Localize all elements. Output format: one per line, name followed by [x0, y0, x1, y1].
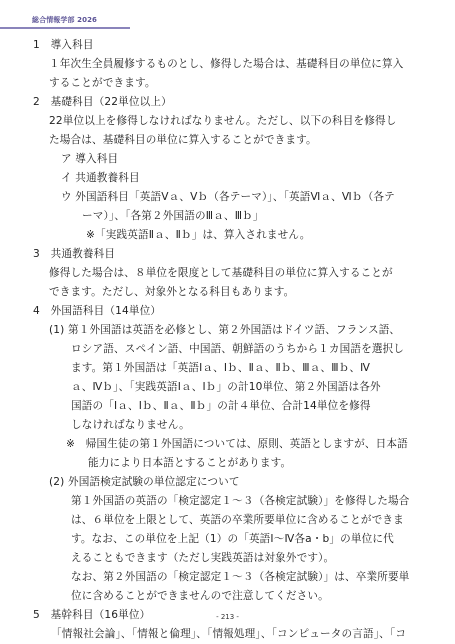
text-line: ア 導入科目 [61, 150, 118, 169]
text-line: た場合は、基礎科目の単位に算入することができます。 [49, 131, 317, 150]
text-line: 3 共通教養科目 [33, 245, 115, 264]
document-title: 総合情報学部 2026 [32, 15, 97, 25]
text-line: 「情報社会論」、「情報と倫理」、「情報処理」、「コンピュータの言語」、「コ [51, 625, 406, 644]
text-line: 位に含めることができませんので注意してください。 [71, 587, 329, 606]
text-line: 4 外国語科目（14単位） [33, 302, 161, 321]
text-line: しなければなりません。 [71, 416, 190, 435]
text-line: できます。ただし、対象外となる科目もあります。 [49, 283, 294, 302]
text-line: 第１外国語の英語の「検定認定１～３（各検定試験）」を修得した場合 [71, 492, 410, 511]
text-line: することができます。 [49, 74, 156, 93]
text-line: (2) 外国語検定試験の単位認定について [49, 473, 240, 492]
text-line: ウ 外国語科目「英語Ⅴａ、Ⅴｂ（各テーマ）」、「英語Ⅵａ、Ⅵｂ（各テ [61, 188, 395, 207]
text-line: １年次生全員履修するものとし、修得した場合は、基礎科目の単位に算入 [49, 55, 404, 74]
text-line: 能力により日本語とすることがあります。 [88, 454, 291, 473]
text-line: ます。第１外国語は「英語Ⅰａ、Ⅰｂ、Ⅱａ、Ⅱｂ、Ⅲａ、Ⅲｂ、Ⅳ [71, 359, 370, 378]
text-line: 修得した場合は、８単位を限度として基礎科目の単位に算入することが [49, 264, 393, 283]
text-line: ａ、Ⅳｂ」、「実践英語Ⅰａ、Ⅰｂ」の計10単位、第２外国語は各外 [71, 378, 381, 397]
header-divider [0, 27, 130, 29]
text-line: は、６単位を上限として、英語の卒業所要単位に含めることができま [71, 511, 404, 530]
text-line: (1) 第１外国語は英語を必修とし、第２外国語はドイツ語、フランス語、 [49, 321, 400, 340]
text-line: 1 導入科目 [33, 36, 94, 55]
text-line: ※「実践英語Ⅱａ、Ⅱｂ」は、算入されません。 [86, 226, 311, 245]
text-line: イ 共通教養科目 [61, 169, 140, 188]
text-line: 国語の「Ⅰａ、Ⅰｂ、Ⅱａ、Ⅱｂ」の計４単位、合計14単位を修得 [71, 397, 371, 416]
text-line: ※ 帰国生徒の第１外国語については、原則、英語としますが、日本語 [66, 435, 408, 454]
page-header: 総合情報学部 2026 [0, 0, 130, 28]
text-line: ーマ）」、「各第２外国語のⅢａ、Ⅲｂ」 [82, 207, 264, 226]
page-number: - 213 - [0, 613, 455, 621]
text-line: えることもできます（ただし実践英語は対象外です）。 [71, 549, 334, 568]
text-line: 2 基礎科目（22単位以上） [33, 93, 172, 112]
text-line: 22単位以上を修得しなければなりません。ただし、以下の科目を修得し [49, 112, 396, 131]
text-line: ロシア語、スペイン語、中国語、朝鮮語のうちから１カ国語を選択し [71, 340, 404, 359]
text-line: なお、第２外国語の「検定認定１～３（各検定試験）」は、卒業所要単 [71, 568, 410, 587]
text-line: す。なお、この単位を上記（1）の「英語Ⅰ～Ⅳ各a・b」の単位に代 [71, 530, 394, 549]
